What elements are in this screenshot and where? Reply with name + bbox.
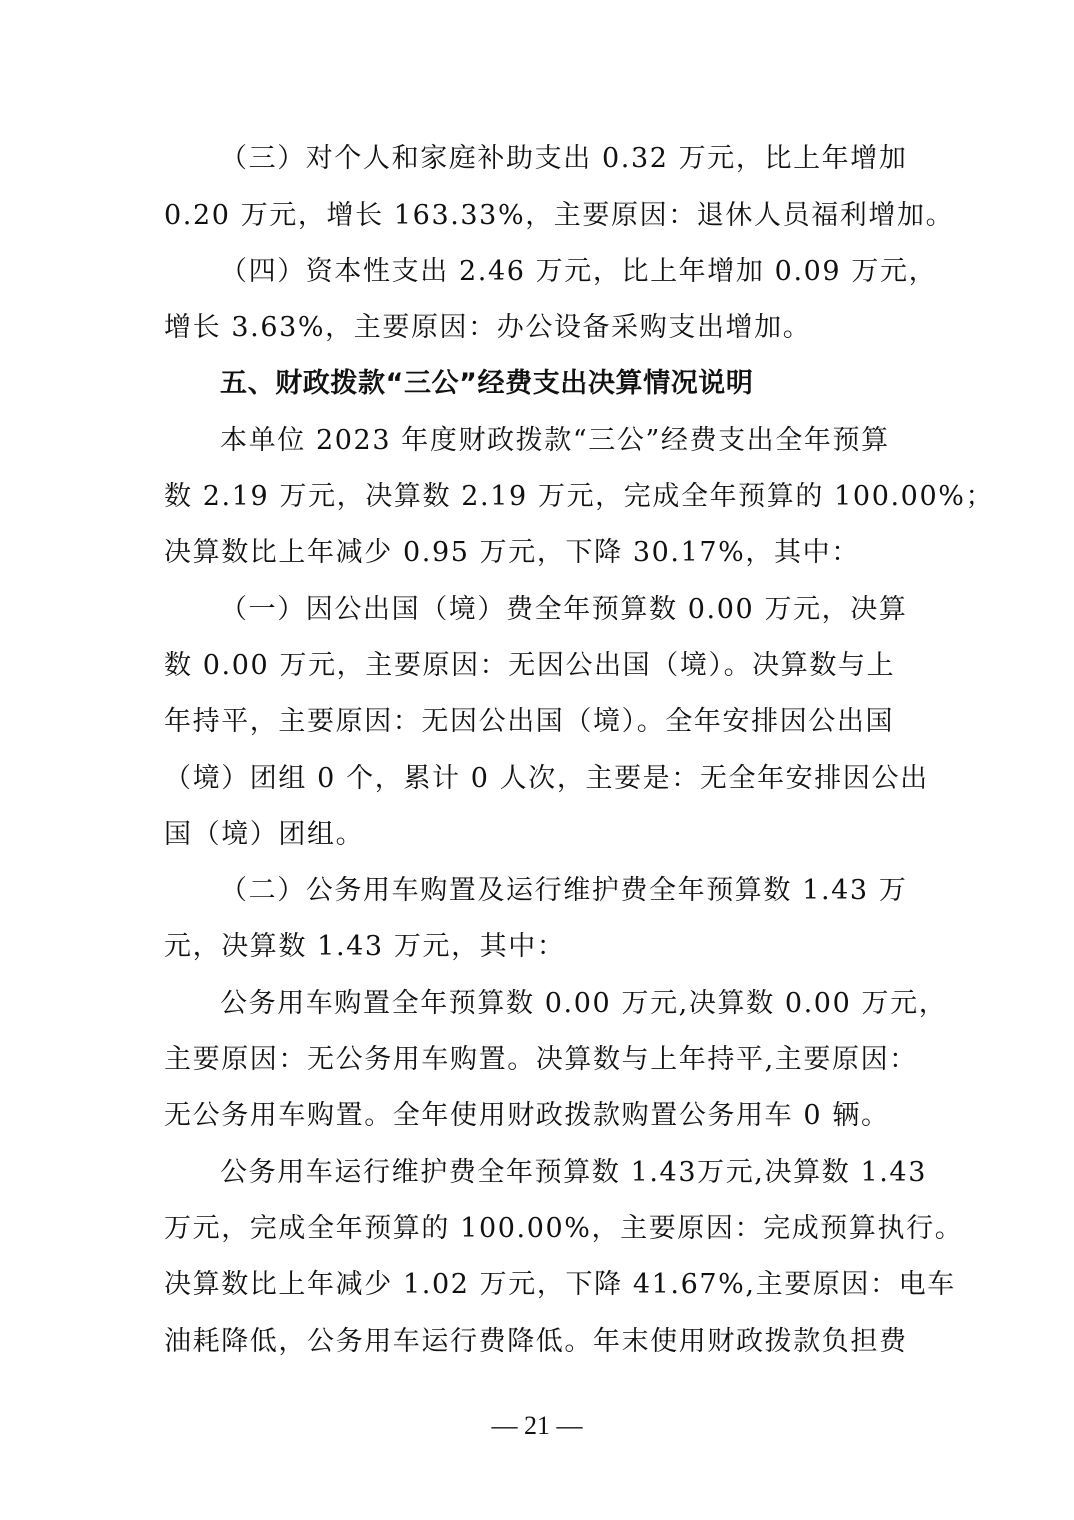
paragraph-line: （二）公务用车购置及运行维护费全年预算数 1.43 万 <box>220 875 907 907</box>
paragraph-line: （四）资本性支出 2.46 万元，比上年增加 0.09 万元， <box>220 256 937 288</box>
paragraph-line: 国（境）团组。 <box>164 819 364 851</box>
paragraph-line: 年持平，主要原因：无因公出国（境）。全年安排因公出国 <box>164 706 894 738</box>
section-heading: 五、财政拨款“三公”经费支出决算情况说明 <box>220 368 754 400</box>
paragraph-line: （三）对个人和家庭补助支出 0.32 万元，比上年增加 <box>220 143 907 175</box>
paragraph-line: 万元，完成全年预算的 100.00%，主要原因：完成预算执行。 <box>164 1213 963 1245</box>
paragraph-line: 主要原因：无公务用车购置。决算数与上年持平,主要原因： <box>164 1044 918 1076</box>
paragraph-line: 公务用车购置全年预算数 0.00 万元,决算数 0.00 万元， <box>220 988 947 1020</box>
paragraph-line: 油耗降低，公务用车运行费降低。年末使用财政拨款负担费 <box>164 1326 908 1358</box>
paragraph-line: 数 2.19 万元，决算数 2.19 万元，完成全年预算的 100.00%； <box>164 481 994 513</box>
paragraph-line: （一）因公出国（境）费全年预算数 0.00 万元，决算 <box>220 594 907 626</box>
document-page: （三）对个人和家庭补助支出 0.32 万元，比上年增加 0.20 万元，增长 1… <box>0 0 1074 1520</box>
paragraph-line: 公务用车运行维护费全年预算数 1.43万元,决算数 1.43 <box>220 1157 927 1189</box>
paragraph-line: 无公务用车购置。全年使用财政拨款购置公务用车 0 辆。 <box>164 1100 890 1132</box>
paragraph-line: （境）团组 0 个，累计 0 人次，主要是：无全年安排因公出 <box>164 763 929 795</box>
paragraph-line: 本单位 2023 年度财政拨款“三公”经费支出全年预算 <box>220 425 890 457</box>
paragraph-line: 元，决算数 1.43 万元，其中： <box>164 931 565 963</box>
page-number: — 21 — <box>0 1410 1074 1442</box>
paragraph-line: 0.20 万元，增长 163.33%，主要原因：退休人员福利增加。 <box>164 200 954 232</box>
paragraph-line: 数 0.00 万元，主要原因：无因公出国（境）。决算数与上 <box>164 650 895 682</box>
paragraph-line: 增长 3.63%，主要原因：办公设备采购支出增加。 <box>164 312 811 344</box>
paragraph-line: 决算数比上年减少 0.95 万元，下降 30.17%，其中： <box>164 537 860 569</box>
paragraph-line: 决算数比上年减少 1.02 万元，下降 41.67%,主要原因：电车 <box>164 1269 956 1301</box>
